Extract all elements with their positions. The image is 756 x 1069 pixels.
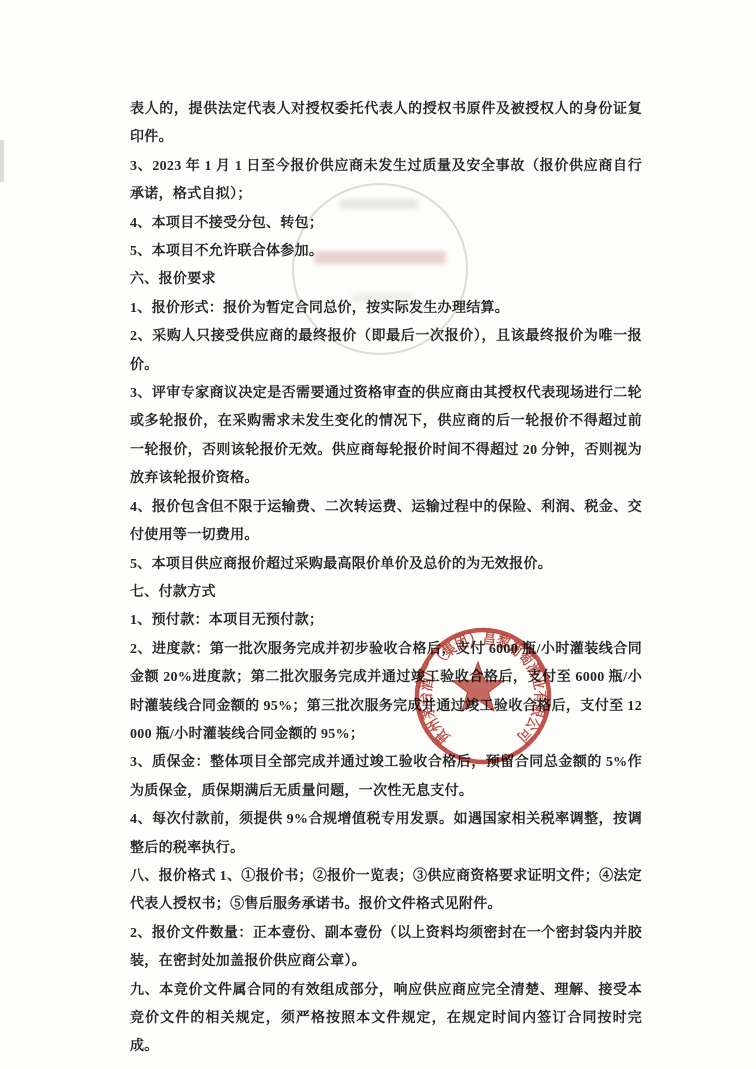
paragraph: 1、报价形式：报价为暂定合同总价，按实际发生办理结算。 xyxy=(130,295,642,323)
paragraph: 七、付款方式 xyxy=(130,579,642,607)
paragraph: 九、本竞价文件属合同的有效组成部分，响应供应商应完全清楚、理解、接受本竞价文件的… xyxy=(130,977,642,1062)
paragraph: 5、本项目不允许联合体参加。 xyxy=(130,238,642,266)
document-page: 表人的，提供法定代表人对授权委托代表人的授权书原件及被授权人的身份证复印件。3、… xyxy=(0,0,756,1069)
paragraph: 5、本项目供应商报价超过采购最高限价单价及总价的为无效报价。 xyxy=(130,551,642,579)
paragraph: 3、2023 年 1 月 1 日至今报价供应商未发生过质量及安全事故（报价供应商… xyxy=(130,153,642,210)
paragraph: 六、报价要求 xyxy=(130,266,642,294)
document-body: 表人的，提供法定代表人对授权委托代表人的授权书原件及被授权人的身份证复印件。3、… xyxy=(130,96,642,1062)
paragraph: 表人的，提供法定代表人对授权委托代表人的授权书原件及被授权人的身份证复印件。 xyxy=(130,96,642,153)
paragraph: 4、每次付款前，须提供 9%合规增值税专用发票。如遇国家相关税率调整，按调整后的… xyxy=(130,806,642,863)
paragraph: 八、报价格式 1、①报价书；②报价一览表；③供应商资格要求证明文件；④法定代表人… xyxy=(130,863,642,920)
company-seal-stamp: 贵州茅台酒厂（集团）昌黎葡萄酒业有限公司 xyxy=(398,611,568,781)
paragraph: 3、评审专家商议决定是否需要通过资格审查的供应商由其授权代表现场进行二轮或多轮报… xyxy=(130,380,642,494)
paragraph: 4、本项目不接受分包、转包； xyxy=(130,210,642,238)
paragraph: 2、报价文件数量：正本壹份、副本壹份（以上资料均须密封在一个密封袋内并胶装，在密… xyxy=(130,920,642,977)
scan-edge-artifact xyxy=(0,140,4,182)
paragraph: 2、采购人只接受供应商的最终报价（即最后一次报价），且该最终报价为唯一报价。 xyxy=(130,323,642,380)
paragraph: 4、报价包含但不限于运输费、二次转运费、运输过程中的保险、利润、税金、交付使用等… xyxy=(130,494,642,551)
star-icon xyxy=(452,662,503,711)
